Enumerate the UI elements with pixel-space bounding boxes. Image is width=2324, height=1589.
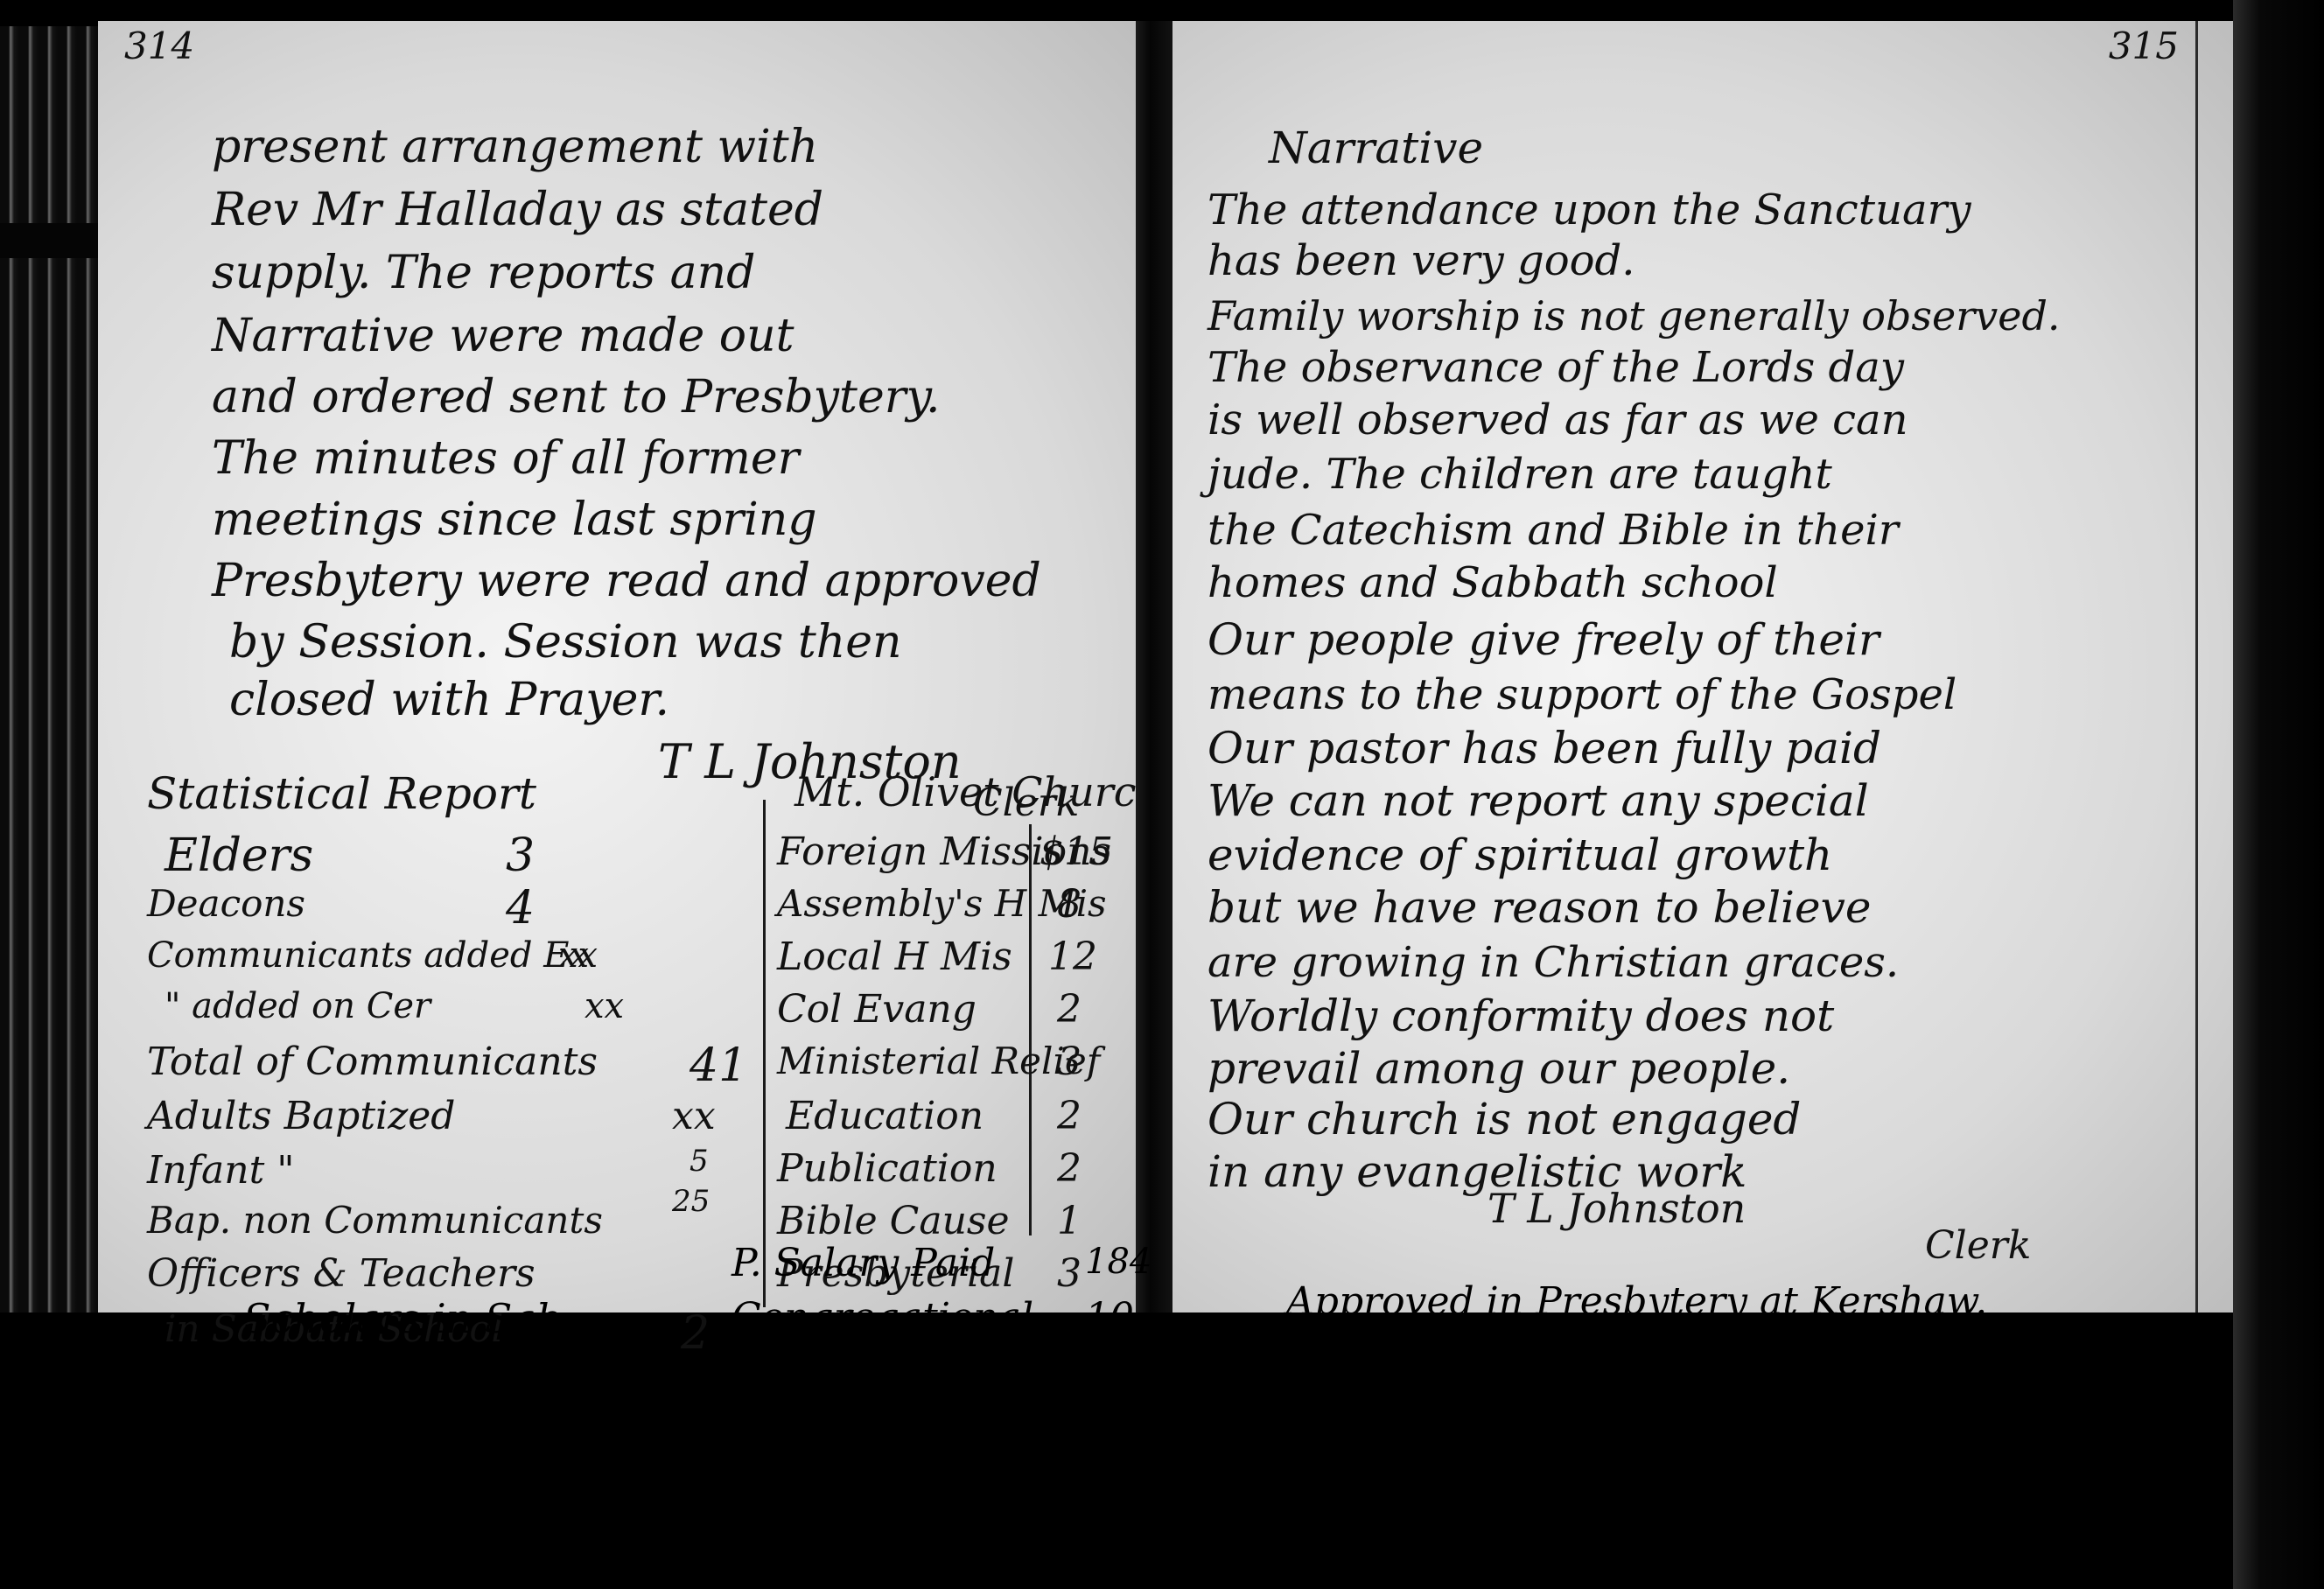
narrative-line: is well observed as far as we can [1207,399,1908,441]
moderator-title: Moderator [2012,1370,2202,1405]
narrative-line: Family worship is not generally observed… [1207,296,2061,336]
contribution-label: Bible Cause [777,1199,1010,1243]
stat-label: Total of Communicants [147,1039,598,1084]
stat-value: 4 [506,885,535,931]
column-divider [763,800,766,1307]
stat-value: 3 [506,833,535,878]
stat-row: Elders [164,833,313,878]
stat-value: 5 [689,1146,709,1176]
narrative-line: jude. The children are taught [1207,453,1832,495]
clerk-signature: T L Johnston [1487,1188,1746,1228]
contribution-row: P. Salary Paid [731,1244,995,1283]
narrative-line: The attendance upon the Sanctuary [1207,189,1971,231]
narrative-line: Our people give freely of their [1207,618,1879,661]
left-page: 314 present arrangement with Rev Mr Hall… [98,21,1144,1312]
stat-row: Officers & Teachers [147,1255,535,1293]
contribution-label: Ministerial Relief [777,1039,1100,1082]
contribution-row: Bible Cause [777,1202,1010,1241]
narrative-line: Our pastor has been fully paid [1207,726,1881,770]
contribution-value: 8 [1057,885,1081,924]
stat-row: Communicants added Ex [147,938,589,973]
contribution-label: Congregational [731,1295,1033,1340]
minutes-line: present arrangement with [212,124,818,170]
stat-row: School [264,1361,402,1402]
minutes-line: by Session. Session was then [229,619,902,665]
minutes-line: meetings since last spring [212,497,817,542]
contribution-value: 2 [1057,1150,1081,1188]
contribution-value: $15 [1039,833,1113,871]
minutes-line: supply. The reports and [212,250,755,296]
page-number-right: 315 [2109,28,2179,65]
book-right-edge [2233,0,2324,1589]
contribution-row: Ministerial Relief [777,1043,1100,1080]
contribution-value: 184 [1085,1244,1151,1279]
minutes-line: The minutes of all former [212,436,800,481]
statistical-report-title: Statistical Report [147,772,536,815]
book-page-edges [0,26,98,1312]
stat-label: Scholars in Sab. [243,1295,575,1342]
narrative-line: prevail among our people. [1207,1046,1790,1090]
page-number-left: 314 [124,28,194,65]
book-gutter [1136,21,1172,1312]
minutes-line: Narrative were made out [212,313,794,359]
church-name: Mt. Olivet Church [794,772,1162,812]
narrative-line: has been very good. [1207,240,1634,282]
contribution-value: 1 [1057,1202,1081,1241]
contribution-label: P. Salary Paid [731,1241,995,1285]
narrative-line: Worldly conformity does not [1207,994,1834,1038]
narrative-line: We can not report any special [1207,779,1869,822]
contribution-row: Education [786,1097,983,1136]
stat-label: Bap. non Communicants [147,1199,603,1242]
minutes-line: Presbytery were read and approved [212,558,1041,604]
stat-label: Officers & Teachers [147,1251,535,1296]
narrative-heading: Narrative [1269,126,1483,170]
narrative-line: evidence of spiritual growth [1207,833,1832,877]
stat-row: Scholars in Sab. [243,1298,575,1339]
contribution-label: Col Evang [777,987,976,1032]
stat-label: " added on Cer [164,986,430,1026]
presbytery-approval: Approved in Presbytery at Kershaw. [1286,1283,1987,1321]
stat-label: Elders [164,829,313,882]
minutes-line: Rev Mr Halladay as stated [212,187,823,233]
contribution-value: 2 [1057,990,1081,1029]
stat-row: " added on Cer [164,989,430,1024]
stat-value: xx [672,1097,716,1136]
stat-row: Deacons [147,885,305,922]
stat-row: Infant " [147,1151,294,1190]
stat-value: xx [558,938,598,973]
stat-label: Adults Baptized [147,1094,455,1138]
stat-value: 25 [672,1186,710,1216]
contribution-value: 3 [1057,1255,1081,1293]
stat-row: Adults Baptized [147,1097,455,1136]
stat-value: 20 [639,1361,692,1403]
contribution-row: Col Evang [777,990,976,1029]
contribution-value: 12 [1048,938,1097,976]
contribution-value: 2 [1057,1097,1081,1136]
stat-label: Deacons [147,882,305,925]
moderator-signature: Jno. A. McMurray [1557,1379,1951,1423]
clerk-title: Clerk [1925,1227,2031,1265]
contribution-value: 10 [1085,1298,1134,1337]
stat-label: Communicants added Ex [147,935,589,976]
contribution-label: Local H Mis [777,934,1012,979]
contribution-row: Publication [777,1150,997,1188]
stat-value: 41 [689,1043,747,1088]
page-margin-rule [2195,21,2198,1312]
narrative-line: are growing in Christian graces. [1207,941,1899,983]
statistical-report: Statistical Report Mt. Olivet Church Eld… [147,754,1144,1305]
narrative-line: Our church is not engaged [1207,1097,1801,1141]
stat-label: Infant " [147,1148,294,1193]
contribution-label: Publication [777,1146,997,1191]
contribution-label: Education [786,1094,983,1138]
stat-label: School [264,1358,402,1405]
contribution-row: Local H Mis [777,938,1012,976]
stat-value: 2 [681,1311,710,1356]
approval-date: April, 1908 [1286,1332,1514,1372]
narrative-line: the Catechism and Bible in their [1207,509,1899,551]
contribution-row: Congregational [731,1298,1033,1337]
narrative-line: The observance of the Lords day [1207,346,1904,388]
right-page: 315 Narrative The attendance upon the Sa… [1172,21,2233,1312]
stat-row: Total of Communicants [147,1043,598,1081]
minutes-line: closed with Prayer. [229,677,669,723]
narrative-line: means to the support of the Gospel [1207,674,1956,716]
stat-value: xx [584,989,624,1024]
contribution-value: 3 [1057,1043,1081,1081]
narrative-line: homes and Sabbath school [1207,562,1778,604]
minutes-line: and ordered sent to Presbytery. [212,374,941,420]
stat-row: Bap. non Communicants [147,1202,603,1239]
narrative-line: but we have reason to believe [1207,885,1871,929]
